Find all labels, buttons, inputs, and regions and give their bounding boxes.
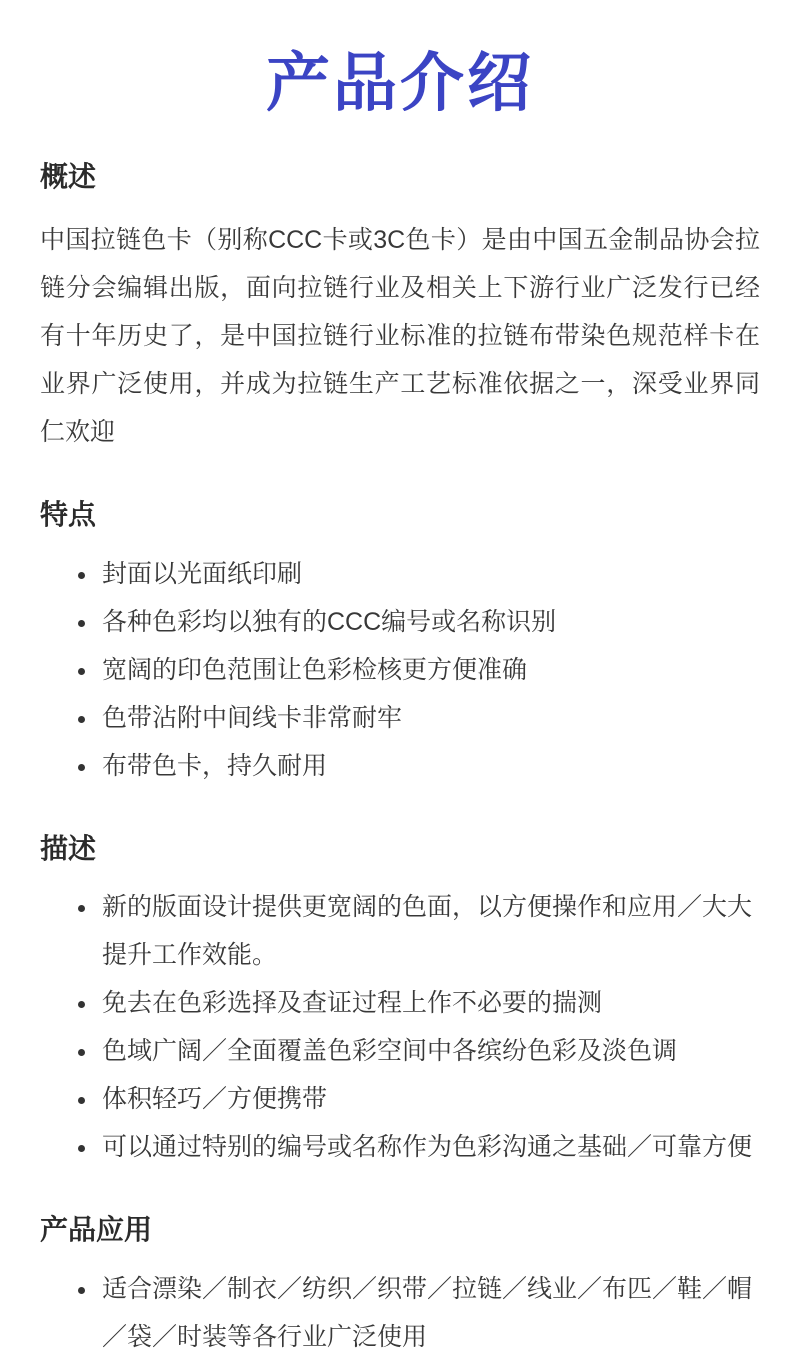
section-applications: 产品应用 适合漂染／制衣／纺织／织带／拉链／线业／布匹／鞋／帽／袋／时装等各行业… bbox=[40, 1213, 760, 1354]
list-item: 封面以光面纸印刷 bbox=[98, 550, 760, 598]
list-item: 体积轻巧／方便携带 bbox=[98, 1075, 760, 1123]
page-title: 产品介绍 bbox=[40, 48, 760, 118]
list-item: 布带色卡，持久耐用 bbox=[98, 742, 760, 790]
section-heading-applications: 产品应用 bbox=[40, 1213, 760, 1247]
section-heading-description: 描述 bbox=[40, 832, 760, 866]
list-item: 色带沾附中间线卡非常耐牢 bbox=[98, 694, 760, 742]
section-heading-features: 特点 bbox=[40, 498, 760, 532]
list-item: 可以通过特别的编号或名称作为色彩沟通之基础／可靠方便 bbox=[98, 1123, 760, 1171]
list-item: 新的版面设计提供更宽阔的色面，以方便操作和应用／大大提升工作效能。 bbox=[98, 883, 760, 979]
list-item: 适合漂染／制衣／纺织／织带／拉链／线业／布匹／鞋／帽／袋／时装等各行业广泛使用 bbox=[98, 1265, 760, 1354]
list-item: 各种色彩均以独有的CCC编号或名称识别 bbox=[98, 598, 760, 646]
list-item: 色域广阔／全面覆盖色彩空间中各缤纷色彩及淡色调 bbox=[98, 1027, 760, 1075]
description-list: 新的版面设计提供更宽阔的色面，以方便操作和应用／大大提升工作效能。 免去在色彩选… bbox=[40, 883, 760, 1171]
section-heading-overview: 概述 bbox=[40, 160, 760, 194]
applications-list: 适合漂染／制衣／纺织／织带／拉链／线业／布匹／鞋／帽／袋／时装等各行业广泛使用 bbox=[40, 1265, 760, 1354]
product-intro-page: 产品介绍 概述 中国拉链色卡（别称CCC卡或3C色卡）是由中国五金制品协会拉链分… bbox=[0, 0, 800, 1354]
features-list: 封面以光面纸印刷 各种色彩均以独有的CCC编号或名称识别 宽阔的印色范围让色彩检… bbox=[40, 550, 760, 790]
overview-paragraph: 中国拉链色卡（别称CCC卡或3C色卡）是由中国五金制品协会拉链分会编辑出版，面向… bbox=[40, 216, 760, 456]
list-item: 宽阔的印色范围让色彩检核更方便准确 bbox=[98, 646, 760, 694]
section-description: 描述 新的版面设计提供更宽阔的色面，以方便操作和应用／大大提升工作效能。 免去在… bbox=[40, 832, 760, 1172]
list-item: 免去在色彩选择及查证过程上作不必要的揣测 bbox=[98, 979, 760, 1027]
section-overview: 概述 中国拉链色卡（别称CCC卡或3C色卡）是由中国五金制品协会拉链分会编辑出版… bbox=[40, 160, 760, 456]
section-features: 特点 封面以光面纸印刷 各种色彩均以独有的CCC编号或名称识别 宽阔的印色范围让… bbox=[40, 498, 760, 790]
